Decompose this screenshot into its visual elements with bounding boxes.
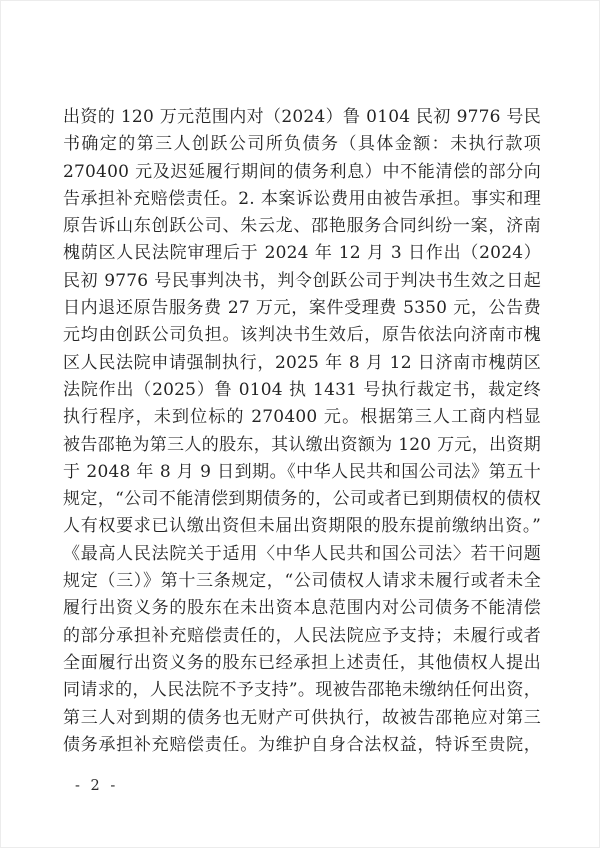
- body-text-line: 区人民法院申请强制执行，2025 年 8 月 12 日济南市槐荫区人民: [63, 350, 541, 377]
- body-text-line: 规定，“公司不能清偿到期债务的，公司或者已到期债权的债权: [63, 486, 541, 513]
- body-text-line: 被告邵艳为第三人的股东，其认缴出资额为 120 万元，出资期限: [63, 432, 541, 459]
- body-text-line: 元均由创跃公司负担。该判决书生效后，原告依法向济南市槐荫: [63, 322, 541, 349]
- body-text-line: 执行程序，未到位标的 270400 元。根据第三人工商内档显示，: [63, 404, 541, 431]
- body-text-line: 《最高人民法院关于适用〈中华人民共和国公司法〉若干问题的: [63, 541, 541, 568]
- body-text-line: 法院作出（2025）鲁 0104 执 1431 号执行裁定书，裁定终结本次: [63, 377, 541, 404]
- body-text-line: 出资的 120 万元范围内对（2024）鲁 0104 民初 9776 号民事判决: [63, 104, 541, 131]
- document-page: 出资的 120 万元范围内对（2024）鲁 0104 民初 9776 号民事判决…: [0, 0, 600, 848]
- body-text-line: 债务承担补充赔偿责任。为维护自身合法权益，特诉至贵院，望: [63, 732, 541, 759]
- body-text-line: 原告诉山东创跃公司、朱云龙、邵艳服务合同纠纷一案，济南市: [63, 213, 541, 240]
- body-text-line: 于 2048 年 8 月 9 日到期。《中华人民共和国公司法》第五十四条: [63, 459, 541, 486]
- body-text-line: 同请求的，人民法院不予支持”。现被告邵艳未缴纳任何出资，: [63, 677, 541, 704]
- body-text-line: 270400 元及迟延履行期间的债务利息）中不能清偿的部分向原: [63, 159, 541, 186]
- page-number: - 2 -: [75, 776, 118, 796]
- document-body: 出资的 120 万元范围内对（2024）鲁 0104 民初 9776 号民事判决…: [63, 104, 541, 759]
- body-text-line: 的部分承担补充赔偿责任的，人民法院应予支持；未履行或者未: [63, 623, 541, 650]
- body-text-line: 日内退还原告服务费 27 万元，案件受理费 5350 元，公告费 200: [63, 295, 541, 322]
- body-text-line: 民初 9776 号民事判决书，判令创跃公司于判决书生效之日起十: [63, 268, 541, 295]
- body-text-line: 书确定的第三人创跃公司所负债务（具体金额：未执行款项: [63, 131, 541, 158]
- body-text-line: 槐荫区人民法院审理后于 2024 年 12 月 3 日作出（2024）鲁 010…: [63, 240, 541, 267]
- body-text-line: 全面履行出资义务的股东已经承担上述责任，其他债权人提出相: [63, 650, 541, 677]
- body-text-line: 规定（三）》第十三条规定，“公司债权人请求未履行或者未全面: [63, 568, 541, 595]
- body-text-line: 履行出资义务的股东在未出资本息范围内对公司债务不能清偿: [63, 595, 541, 622]
- body-text-line: 第三人对到期的债务也无财产可供执行，故被告邵艳应对第三人: [63, 705, 541, 732]
- body-text-line: 人有权要求已认缴出资但未届出资期限的股东提前缴纳出资。”: [63, 513, 541, 540]
- body-text-line: 告承担补充赔偿责任。2. 本案诉讼费用由被告承担。事实和理由：: [63, 186, 541, 213]
